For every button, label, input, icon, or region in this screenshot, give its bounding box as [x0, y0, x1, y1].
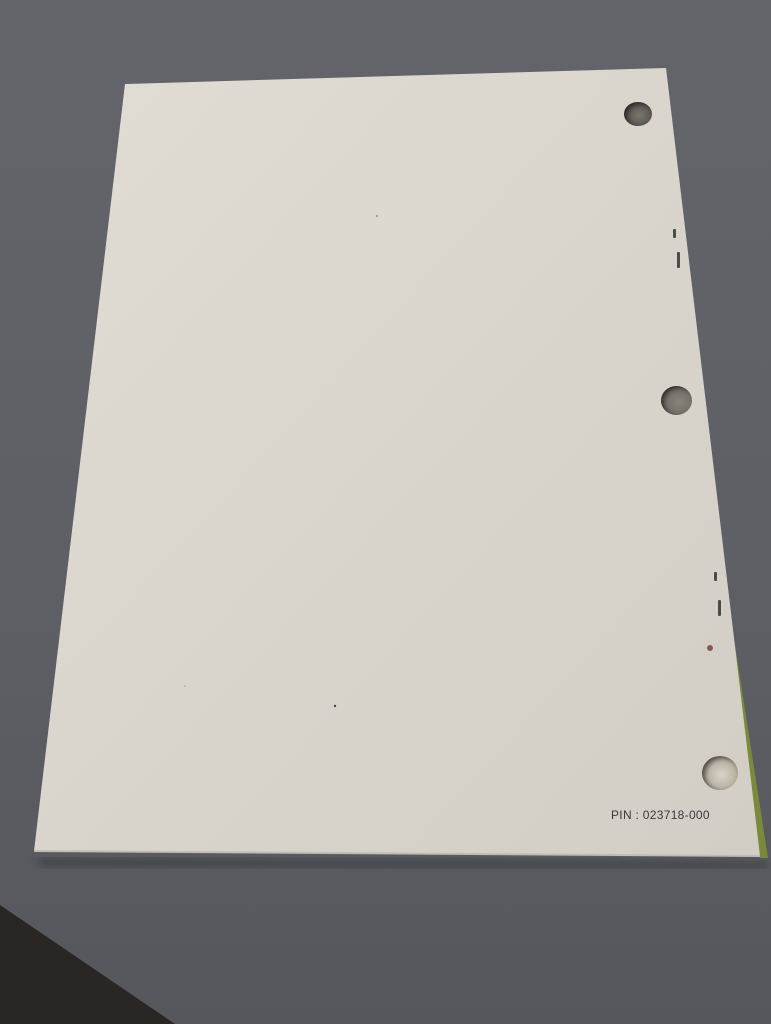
stain-mark — [707, 645, 713, 651]
staple-bottom-1 — [714, 572, 717, 581]
part-number-label: PIN : 023718-000 — [611, 808, 710, 822]
staple-bottom-2 — [718, 600, 721, 616]
punch-hole-middle — [661, 386, 692, 415]
booklet-back-cover — [0, 0, 771, 1024]
staple-top-1 — [673, 229, 676, 238]
punch-hole-bottom — [702, 756, 738, 790]
punch-hole-top — [624, 102, 652, 126]
staple-top-2 — [677, 252, 680, 268]
